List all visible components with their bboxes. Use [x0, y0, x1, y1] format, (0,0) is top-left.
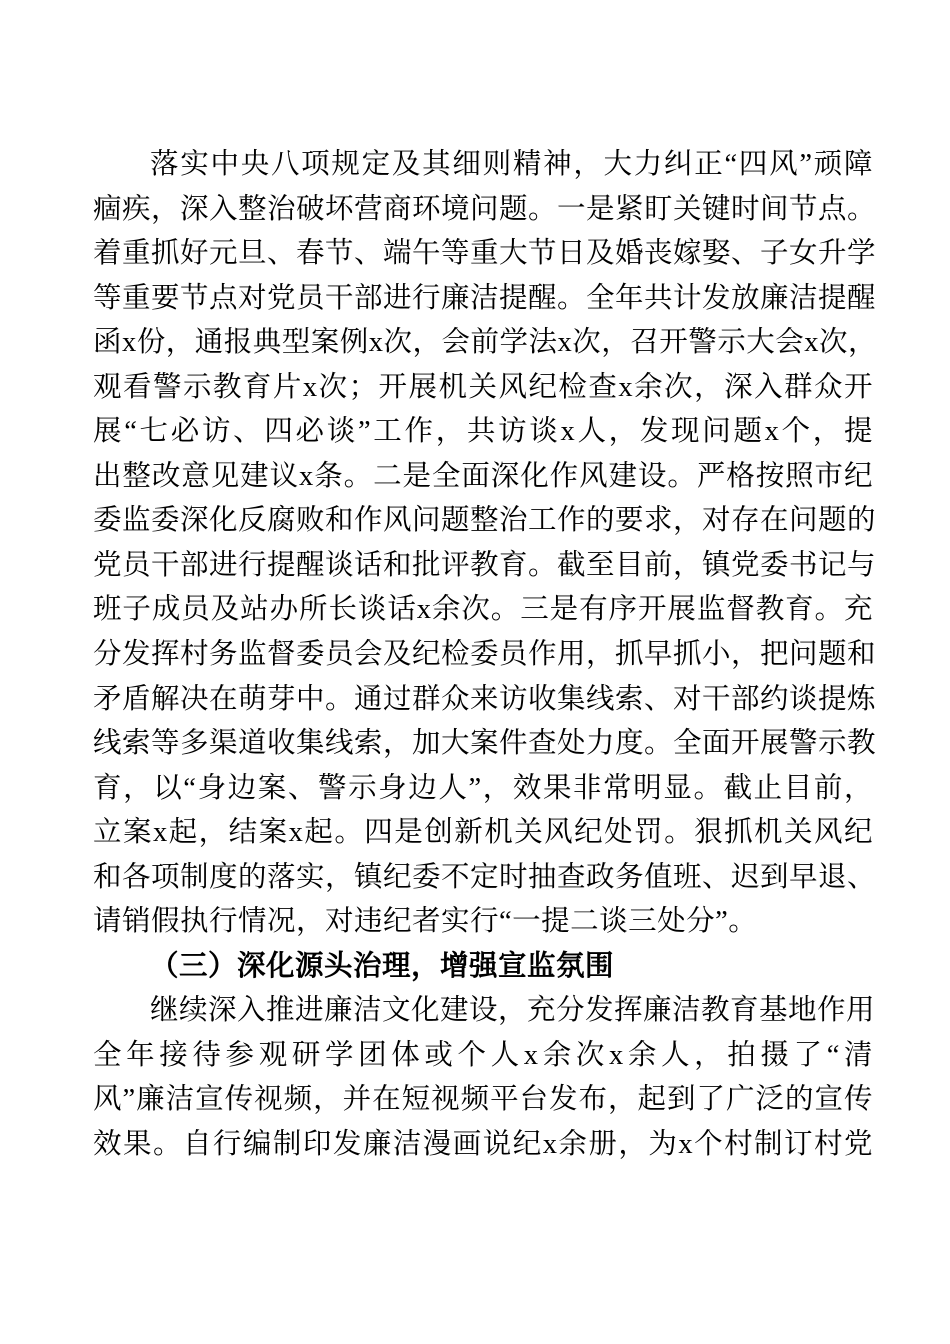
document-page: 落实中央八项规定及其细则精神，大力纠正“四风”顽障 痼疾，深入整治破坏营商环境问… [0, 0, 950, 1344]
body-line: 班子成员及站办所长谈话x余次。三是有序开展监督教育。充 [93, 588, 873, 633]
body-line: 请销假执行情况，对违纪者实行“一提二谈三处分”。 [93, 900, 873, 945]
body-line: 全年接待参观研学团体或个人x余次x余人，拍摄了“清 [93, 1034, 873, 1079]
body-line: 出整改意见建议x条。二是全面深化作风建设。严格按照市纪 [93, 455, 873, 500]
body-line: 效果。自行编制印发廉洁漫画说纪x余册，为x个村制订村党 [93, 1123, 873, 1168]
body-line: 等重要节点对党员干部进行廉洁提醒。全年共计发放廉洁提醒 [93, 277, 873, 322]
body-line: 线索等多渠道收集线索，加大案件查处力度。全面开展警示教 [93, 722, 873, 767]
body-line: 矛盾解决在萌芽中。通过群众来访收集线索、对干部约谈提炼 [93, 678, 873, 723]
body-line: 继续深入推进廉洁文化建设，充分发挥廉洁教育基地作用 [93, 989, 873, 1034]
body-line: 和各项制度的落实，镇纪委不定时抽查政务值班、迟到早退、 [93, 856, 873, 901]
body-line: 展“七必访、四必谈”工作，共访谈x人，发现问题x个，提 [93, 410, 873, 455]
body-line: 分发挥村务监督委员会及纪检委员作用，抓早抓小，把问题和 [93, 633, 873, 678]
section-heading: （三）深化源头治理，增强宣监氛围 [93, 945, 873, 990]
body-line: 观看警示教育片x次；开展机关风纪检查x余次，深入群众开 [93, 366, 873, 411]
document-text-block: 落实中央八项规定及其细则精神，大力纠正“四风”顽障 痼疾，深入整治破坏营商环境问… [93, 143, 873, 1168]
body-line: 委监委深化反腐败和作风问题整治工作的要求，对存在问题的 [93, 499, 873, 544]
body-line: 函x份，通报典型案例x次，会前学法x次，召开警示大会x次， [93, 321, 873, 366]
body-line: 党员干部进行提醒谈话和批评教育。截至目前，镇党委书记与 [93, 544, 873, 589]
body-line: 育，以“身边案、警示身边人”，效果非常明显。截止目前， [93, 767, 873, 812]
body-line: 风”廉洁宣传视频，并在短视频平台发布，起到了广泛的宣传 [93, 1078, 873, 1123]
body-line: 痼疾，深入整治破坏营商环境问题。一是紧盯关键时间节点。 [93, 188, 873, 233]
body-line: 立案x起，结案x起。四是创新机关风纪处罚。狠抓机关风纪 [93, 811, 873, 856]
body-line: 落实中央八项规定及其细则精神，大力纠正“四风”顽障 [93, 143, 873, 188]
body-line: 着重抓好元旦、春节、端午等重大节日及婚丧嫁娶、子女升学 [93, 232, 873, 277]
